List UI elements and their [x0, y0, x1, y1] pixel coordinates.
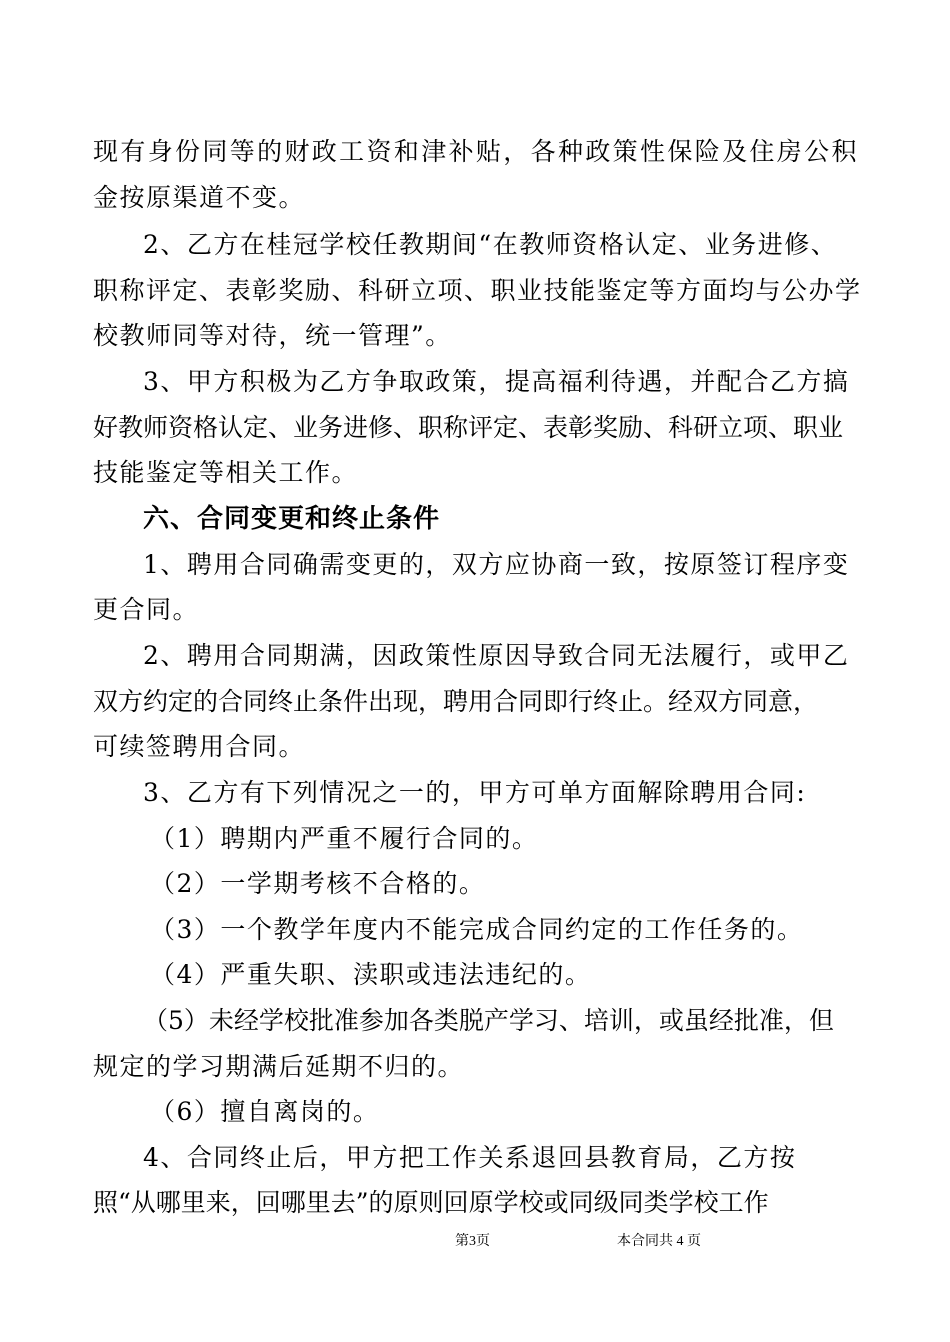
paragraph-line: 现有身份同等的财政工资和津补贴，各种政策性保险及住房公积 — [93, 137, 858, 167]
list-item: （5）未经学校批准参加各类脱产学习、培训，或虽经批准，但 — [143, 1006, 858, 1036]
list-item: （6）擅自离岗的。 — [150, 1097, 915, 1127]
list-item: （4）严重失职、渎职或违法违纪的。 — [150, 960, 915, 990]
paragraph-line: 2、乙方在桂冠学校任教期间“在教师资格认定、业务进修、 — [143, 230, 858, 260]
paragraph-line: 2、聘用合同期满，因政策性原因导致合同无法履行，或甲乙 — [143, 641, 858, 671]
paragraph-line: 照“从哪里来，回哪里去”的原则回原学校或同级同类学校工作 — [93, 1188, 858, 1218]
paragraph-line: 好教师资格认定、业务进修、职称评定、表彰奖励、科研立项、职业 — [93, 413, 858, 443]
paragraph-line: 3、甲方积极为乙方争取政策，提高福利待遇，并配合乙方搞 — [143, 367, 858, 397]
paragraph-line: 双方约定的合同终止条件出现，聘用合同即行终止。经双方同意， — [93, 687, 858, 717]
paragraph-line: 技能鉴定等相关工作。 — [93, 458, 858, 488]
paragraph-line: 更合同。 — [93, 595, 858, 625]
paragraph-line: 校教师同等对待，统一管理”。 — [93, 321, 858, 351]
paragraph-line: 3、乙方有下列情况之一的，甲方可单方面解除聘用合同: — [143, 778, 908, 808]
paragraph-line: 规定的学习期满后延期不归的。 — [93, 1052, 858, 1082]
paragraph-line: 职称评定、表彰奖励、科研立项、职业技能鉴定等方面均与公办学 — [93, 276, 858, 306]
list-item: （2）一学期考核不合格的。 — [150, 869, 915, 899]
list-item: （3）一个教学年度内不能完成合同约定的工作任务的。 — [150, 915, 915, 945]
page-total: 本合同共 4 页 — [617, 1233, 701, 1251]
paragraph-line: 1、聘用合同确需变更的，双方应协商一致，按原签订程序变 — [143, 550, 858, 580]
list-item: （1）聘期内严重不履行合同的。 — [150, 824, 915, 854]
page-number: 第3页 — [455, 1233, 490, 1251]
paragraph-line: 4、合同终止后，甲方把工作关系退回县教育局，乙方按 — [143, 1143, 858, 1173]
paragraph-line: 可续签聘用合同。 — [93, 732, 858, 762]
paragraph-line: 金按原渠道不变。 — [93, 183, 858, 213]
section-heading: 六、合同变更和终止条件 — [143, 504, 440, 534]
